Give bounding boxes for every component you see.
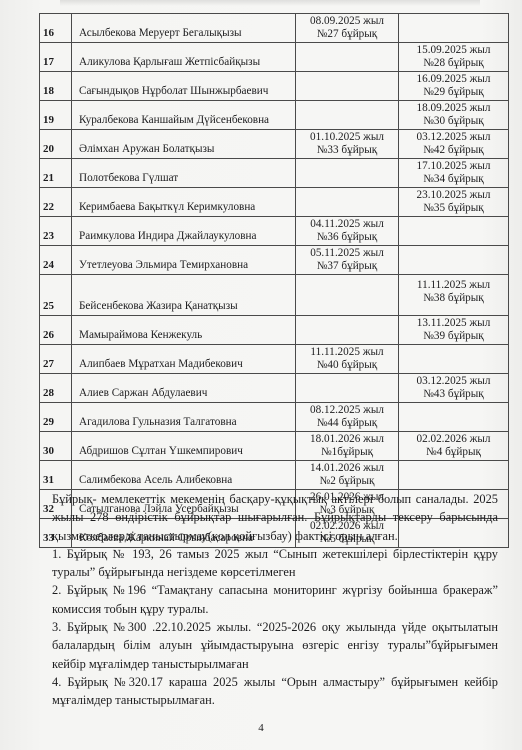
order-date: 18.01.2026 жыл (296, 433, 398, 446)
order-cell-first: 01.10.2025 жыл№33 бұйрық (296, 130, 399, 159)
order-cell-second (399, 345, 509, 374)
orders-table-body: 16Асылбекова Меруерт Бегалықызы08.09.202… (40, 14, 509, 548)
order-cell-first: 04.11.2025 жыл№36 бұйрық (296, 217, 399, 246)
order-number: №27 бұйрық (296, 28, 398, 41)
table-row: 31Салимбекова Асель Алибековна14.01.2026… (40, 461, 509, 490)
table-row: 23Раимкулова Индира Джайлаукуловна04.11.… (40, 217, 509, 246)
row-number: 24 (40, 246, 72, 275)
order-date: 18.09.2025 жыл (399, 102, 508, 115)
order-cell-first: 05.11.2025 жыл№37 бұйрық (296, 246, 399, 275)
order-cell-first (296, 188, 399, 217)
row-number: 17 (40, 43, 72, 72)
table-row: 30Абдришов Сұлтан Үшкемпирович18.01.2026… (40, 432, 509, 461)
employee-name: Абдришов Сұлтан Үшкемпирович (72, 432, 296, 461)
order-number: №36 бұйрық (296, 231, 398, 244)
employee-name: Әлімхан Аружан Болатқызы (72, 130, 296, 159)
order-cell-second: 18.09.2025 жыл№30 бұйрық (399, 101, 509, 130)
order-cell-second (399, 246, 509, 275)
order-date: 01.10.2025 жыл (296, 131, 398, 144)
findings-text: Бұйрық- мемлекеттік мекеменің басқару-құ… (52, 490, 498, 710)
order-number: №29 бұйрық (399, 86, 508, 99)
order-date: 23.10.2025 жыл (399, 189, 508, 202)
order-cell-second: 03.12.2025 жыл№43 бұйрық (399, 374, 509, 403)
order-cell-first: 08.12.2025 жыл№44 бұйрық (296, 403, 399, 432)
order-date: 16.09.2025 жыл (399, 73, 508, 86)
order-date: 02.02.2026 жыл (399, 433, 508, 446)
order-date: 08.09.2025 жыл (296, 15, 398, 28)
order-cell-first (296, 43, 399, 72)
order-cell-first (296, 159, 399, 188)
order-date: 13.11.2025 жыл (399, 317, 508, 330)
order-number: №4 бұйрық (399, 446, 508, 459)
employee-name: Агадилова Гульназия Талгатовна (72, 403, 296, 432)
employee-name: Алипбаев Мұратхан Мадибекович (72, 345, 296, 374)
row-number: 29 (40, 403, 72, 432)
finding-4: 4. Бұйрық №320.17 караша 2025 жылы “Орын… (52, 673, 498, 710)
employee-name: Алиев Саржан Абдулаевич (72, 374, 296, 403)
row-number: 18 (40, 72, 72, 101)
table-row: 16Асылбекова Меруерт Бегалықызы08.09.202… (40, 14, 509, 43)
order-number: №37 бұйрық (296, 260, 398, 273)
table-row: 21Полотбекова Гүлшат17.10.2025 жыл№34 бұ… (40, 159, 509, 188)
row-number: 26 (40, 316, 72, 345)
order-date: 04.11.2025 жыл (296, 218, 398, 231)
row-number: 30 (40, 432, 72, 461)
table-row: 29Агадилова Гульназия Талгатовна08.12.20… (40, 403, 509, 432)
order-date: 11.11.2025 жыл (296, 346, 398, 359)
order-cell-second: 02.02.2026 жыл№4 бұйрық (399, 432, 509, 461)
order-cell-first: 08.09.2025 жыл№27 бұйрық (296, 14, 399, 43)
order-number: №38 бұйрық (399, 292, 508, 305)
order-cell-second (399, 461, 509, 490)
order-number: №33 бұйрық (296, 144, 398, 157)
order-date: 08.12.2025 жыл (296, 404, 398, 417)
row-number: 19 (40, 101, 72, 130)
employee-name: Керимбаева Бақыткүл Керимкуловна (72, 188, 296, 217)
table-row: 20Әлімхан Аружан Болатқызы01.10.2025 жыл… (40, 130, 509, 159)
row-number: 25 (40, 275, 72, 316)
order-cell-second: 11.11.2025 жыл№38 бұйрық (399, 275, 509, 316)
row-number: 20 (40, 130, 72, 159)
table-row: 27Алипбаев Мұратхан Мадибекович11.11.202… (40, 345, 509, 374)
employee-name: Полотбекова Гүлшат (72, 159, 296, 188)
order-cell-first (296, 374, 399, 403)
order-cell-second: 13.11.2025 жыл№39 бұйрық (399, 316, 509, 345)
finding-2: 2. Бұйрық №196 “Тамақтану сапасына монит… (52, 581, 498, 618)
employee-name: Салимбекова Асель Алибековна (72, 461, 296, 490)
table-row: 19Куралбекова Каншайым Дүйсенбековна18.0… (40, 101, 509, 130)
row-number: 23 (40, 217, 72, 246)
table-row: 17Аликулова Қарлығаш Жетпісбайқызы15.09.… (40, 43, 509, 72)
order-date: 03.12.2025 жыл (399, 375, 508, 388)
table-row: 18Сағындықов Нұрболат Шынжырбаевич16.09.… (40, 72, 509, 101)
order-cell-second (399, 14, 509, 43)
row-number: 31 (40, 461, 72, 490)
page-number: 4 (0, 722, 522, 734)
employee-name: Аликулова Қарлығаш Жетпісбайқызы (72, 43, 296, 72)
order-number: №34 бұйрық (399, 173, 508, 186)
employee-name: Сағындықов Нұрболат Шынжырбаевич (72, 72, 296, 101)
table-row: 25Бейсенбекова Жазира Қанатқызы11.11.202… (40, 275, 509, 316)
order-number: №2 бұйрық (296, 475, 398, 488)
employee-name: Мамыраймова Кенжекуль (72, 316, 296, 345)
finding-3: 3. Бұйрық №300 .22.10.2025 жылы. “2025-2… (52, 618, 498, 673)
table-row: 26Мамыраймова Кенжекуль13.11.2025 жыл№39… (40, 316, 509, 345)
finding-1: 1. Бұйрық № 193, 26 тамыз 2025 жыл “Сыны… (52, 545, 498, 582)
order-number: №44 бұйрық (296, 417, 398, 430)
order-date: 14.01.2026 жыл (296, 462, 398, 475)
order-number: №35 бұйрық (399, 202, 508, 215)
employee-name: Раимкулова Индира Джайлаукуловна (72, 217, 296, 246)
order-cell-first: 11.11.2025 жыл№40 бұйрық (296, 345, 399, 374)
employee-name: Бейсенбекова Жазира Қанатқызы (72, 275, 296, 316)
order-date: 11.11.2025 жыл (399, 279, 508, 292)
employee-name: Асылбекова Меруерт Бегалықызы (72, 14, 296, 43)
order-date: 05.11.2025 жыл (296, 247, 398, 260)
document-page: 16Асылбекова Меруерт Бегалықызы08.09.202… (0, 0, 522, 750)
row-number: 28 (40, 374, 72, 403)
row-number: 21 (40, 159, 72, 188)
order-cell-second: 17.10.2025 жыл№34 бұйрық (399, 159, 509, 188)
order-cell-first: 14.01.2026 жыл№2 бұйрық (296, 461, 399, 490)
order-cell-second: 03.12.2025 жыл№42 бұйрық (399, 130, 509, 159)
table-row: 28Алиев Саржан Абдулаевич03.12.2025 жыл№… (40, 374, 509, 403)
previous-page-bleed (60, 0, 480, 6)
table-row: 24Утетлеуова Эльмира Темирхановна05.11.2… (40, 246, 509, 275)
order-cell-second: 16.09.2025 жыл№29 бұйрық (399, 72, 509, 101)
order-cell-first (296, 275, 399, 316)
row-number: 22 (40, 188, 72, 217)
order-cell-second (399, 217, 509, 246)
order-number: №30 бұйрық (399, 115, 508, 128)
table-row: 22Керимбаева Бақыткүл Керимкуловна23.10.… (40, 188, 509, 217)
order-cell-second: 15.09.2025 жыл№28 бұйрық (399, 43, 509, 72)
orders-table: 16Асылбекова Меруерт Бегалықызы08.09.202… (39, 13, 509, 548)
order-cell-first: 18.01.2026 жыл№1бұйрық (296, 432, 399, 461)
row-number: 27 (40, 345, 72, 374)
order-number: №39 бұйрық (399, 330, 508, 343)
order-number: №42 бұйрық (399, 144, 508, 157)
employee-name: Куралбекова Каншайым Дүйсенбековна (72, 101, 296, 130)
order-cell-first (296, 316, 399, 345)
order-number: №40 бұйрық (296, 359, 398, 372)
order-cell-first (296, 72, 399, 101)
employee-name: Утетлеуова Эльмира Темирхановна (72, 246, 296, 275)
row-number: 16 (40, 14, 72, 43)
order-cell-second: 23.10.2025 жыл№35 бұйрық (399, 188, 509, 217)
order-date: 15.09.2025 жыл (399, 44, 508, 57)
order-cell-second (399, 403, 509, 432)
order-number: №28 бұйрық (399, 57, 508, 70)
order-number: №43 бұйрық (399, 388, 508, 401)
order-cell-first (296, 101, 399, 130)
order-number: №1бұйрық (296, 446, 398, 459)
order-date: 17.10.2025 жыл (399, 160, 508, 173)
intro-paragraph: Бұйрық- мемлекеттік мекеменің басқару-құ… (52, 490, 498, 545)
order-date: 03.12.2025 жыл (399, 131, 508, 144)
